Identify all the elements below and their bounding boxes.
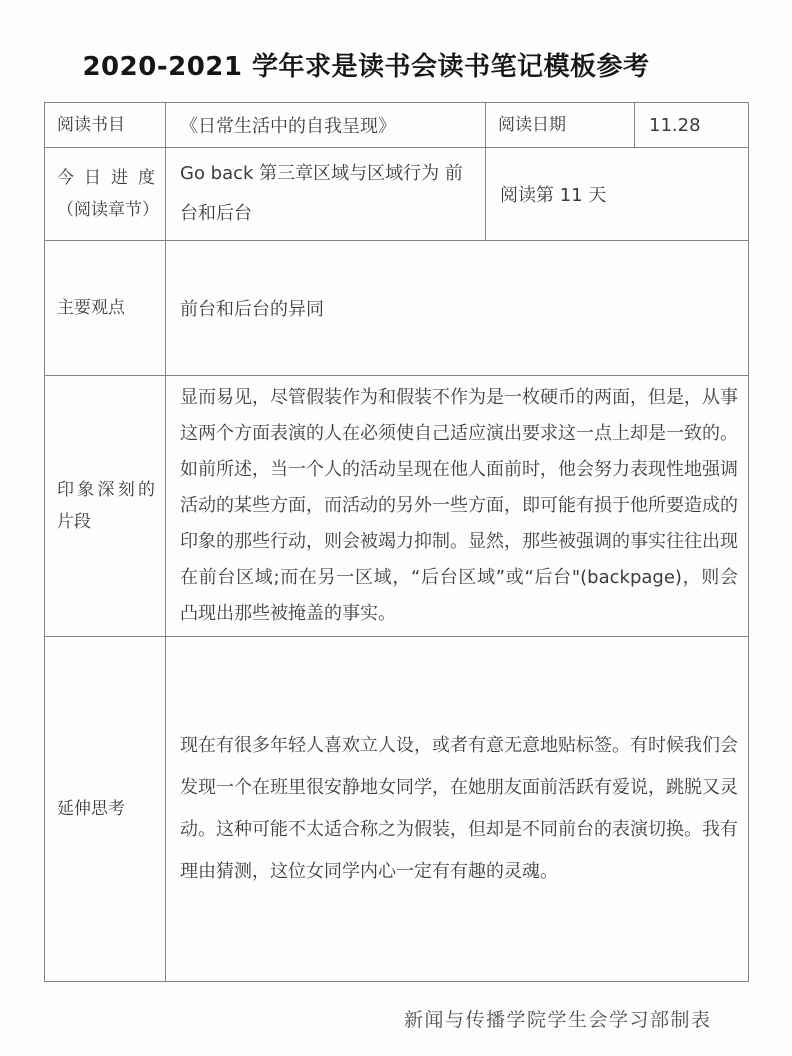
- document-page: 2020-2021 学年求是读书会读书笔记模板参考 阅读书目 《日常生活中的自我…: [0, 0, 792, 1056]
- extended-thinking-value: 现在有很多年轻人喜欢立人设，或者有意无意地贴标签。有时候我们会发现一个在班里很安…: [166, 637, 749, 982]
- today-progress-value: Go back 第三章区域与区域行为 前台和后台: [166, 148, 486, 241]
- page-title: 2020-2021 学年求是读书会读书笔记模板参考: [0, 46, 762, 83]
- table-row-extended-thinking: 延伸思考 现在有很多年轻人喜欢立人设，或者有意无意地贴标签。有时候我们会发现一个…: [45, 637, 749, 982]
- table-row-main-points: 主要观点 前台和后台的异同: [45, 241, 749, 376]
- main-points-label: 主要观点: [45, 241, 166, 376]
- impressive-fragment-value: 显而易见，尽管假装作为和假装不作为是一枚硬币的两面，但是，从事这两个方面表演的人…: [166, 376, 749, 637]
- reading-date-value: 11.28: [635, 103, 749, 148]
- footer-credit: 新闻与传播学院学生会学习部制表: [404, 1005, 712, 1032]
- reading-book-value: 《日常生活中的自我呈现》: [166, 103, 486, 148]
- reading-book-label: 阅读书目: [45, 103, 166, 148]
- table-row-progress: 今日进度（阅读章节） Go back 第三章区域与区域行为 前台和后台 阅读第 …: [45, 148, 749, 241]
- reading-notes-table: 阅读书目 《日常生活中的自我呈现》 阅读日期 11.28 今日进度（阅读章节） …: [44, 102, 749, 982]
- reading-date-label: 阅读日期: [486, 103, 635, 148]
- reading-day-value: 阅读第 11 天: [486, 148, 749, 241]
- main-points-value: 前台和后台的异同: [166, 241, 749, 376]
- table-row-book: 阅读书目 《日常生活中的自我呈现》 阅读日期 11.28: [45, 103, 749, 148]
- extended-thinking-label: 延伸思考: [45, 637, 166, 982]
- today-progress-label: 今日进度（阅读章节）: [45, 148, 166, 241]
- impressive-fragment-label: 印象深刻的片段: [45, 376, 166, 637]
- table-row-impressive-fragment: 印象深刻的片段 显而易见，尽管假装作为和假装不作为是一枚硬币的两面，但是，从事这…: [45, 376, 749, 637]
